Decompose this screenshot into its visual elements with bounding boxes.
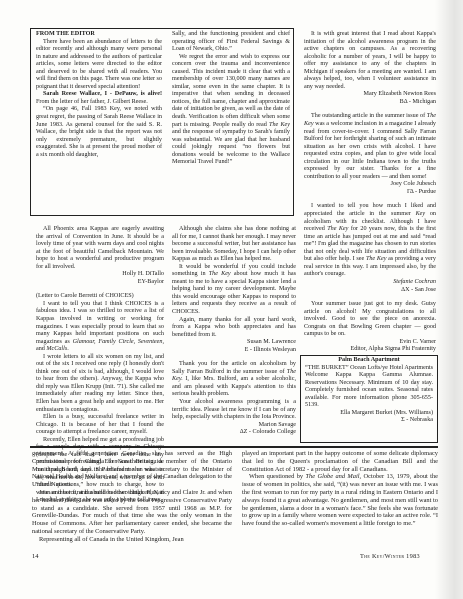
- letter-signer: Susan M. Lawrence: [172, 339, 296, 347]
- letter-signer: Marion Savage: [172, 422, 296, 430]
- letter-paragraph: Although she claims she has done nothing…: [172, 226, 296, 264]
- letter-paragraph: Your alcohol awareness programming is a …: [172, 399, 296, 422]
- letter-rees: It is with great interest that I read ab…: [304, 31, 436, 91]
- editor-note-heading: FROM THE EDITOR: [36, 31, 162, 39]
- letter-chapter: ΔΖ - Colorado College: [172, 429, 296, 437]
- letter-chapter: EY-Baylor: [36, 279, 164, 287]
- ad-chapter: Σ - Nebraska: [305, 417, 433, 425]
- letter-varner: Your summer issue just got to my desk. G…: [304, 301, 436, 339]
- classified-ad: Palm Beach Apartment “THE BURKET” Ocean …: [305, 357, 433, 425]
- letter-choices-intro: (Letter to Carole Berretti of CHOICES): [36, 293, 164, 301]
- running-footer-title: The Key/Winter 1983: [360, 553, 420, 560]
- article-paragraph: Jean and her first husband had two child…: [32, 489, 232, 536]
- letter-signer: Stefanie Cochran: [304, 279, 436, 287]
- letter-signer: Evin C. Varner: [304, 339, 436, 347]
- letters-column-3: It is with great interest that I read ab…: [304, 31, 436, 354]
- article-paragraph: When questioned by The Globe and Mail, O…: [242, 473, 438, 528]
- editor-note-paragraph: There have been an abundance of letters …: [36, 39, 162, 92]
- ad-signer: Ella Margaret Burket (Mrs. Williams): [305, 410, 433, 418]
- letter-chapter: ΔX - San Jose: [304, 287, 436, 295]
- article-paragraph: Representing all of Canada in the United…: [32, 536, 232, 544]
- ad-title: Palm Beach Apartment: [305, 357, 433, 365]
- letter-paragraph: It would be wonderful if you could inclu…: [172, 264, 296, 317]
- page-number: 14: [32, 553, 39, 560]
- letter-savage: Thank you for the article on alcoholism …: [172, 361, 296, 399]
- letter-jubesch: The outstanding article in the summer is…: [304, 113, 436, 181]
- editor-note-column-left: FROM THE EDITOR There have been an abund…: [36, 31, 162, 159]
- editor-note-highlight: Sarah Reese Wallace, I - DePauw, is aliv…: [36, 91, 162, 106]
- article-paragraph: government. A fifth generation Canadian,…: [32, 450, 232, 489]
- letter-signer-title: Editor, Alpha Sigma Phi Fraternity: [304, 346, 436, 354]
- letter-paragraph: I wrote letters to all six women on my l…: [36, 354, 164, 414]
- editor-note-paragraph: We regret the error and wish to express …: [172, 54, 290, 167]
- letter-paragraph: Again, many thanks for all your hard wor…: [172, 317, 296, 340]
- letter-paragraph: Ellen is a busy, successful freelance wr…: [36, 414, 164, 437]
- letter-cochran: I wanted to tell you how much I liked an…: [304, 203, 436, 278]
- editor-note-paragraph: “On page 46, Fall 1983 Key, we noted wit…: [36, 106, 162, 159]
- editor-note-paragraph: Sally, and the functioning president and…: [172, 31, 290, 54]
- letter-chapter: BΔ - Michigan: [304, 99, 436, 107]
- letter-signer: Mary Elizabeth Newton Rees: [304, 91, 436, 99]
- letter-chapter: ΓΔ - Purdue: [304, 189, 436, 197]
- letter-chapter: E - Illinois Wesleyan: [172, 347, 296, 355]
- article-continued-left: government. A fifth generation Canadian,…: [32, 450, 232, 544]
- ad-body: “THE BURKET” Ocean Lofts/ye Hotel Apartm…: [305, 365, 433, 410]
- letter-paragraph: I want to tell you that I think CHOICES …: [36, 301, 164, 354]
- letter-signer: Joey Cole Jubesch: [304, 181, 436, 189]
- editor-note-column-right: Sally, and the functioning president and…: [172, 31, 290, 167]
- article-paragraph: played an important part in the happy ou…: [242, 450, 438, 473]
- section-divider: [30, 446, 438, 448]
- letter-phoenix: All Phoenix area Kappas are eagerly awai…: [36, 226, 164, 271]
- article-continued-right: played an important part in the happy ou…: [242, 450, 438, 528]
- letters-column-2: Although she claims she has done nothing…: [172, 226, 296, 437]
- letter-signer: Holly H. DiTallo: [36, 271, 164, 279]
- page-edge-shadow: [435, 0, 463, 599]
